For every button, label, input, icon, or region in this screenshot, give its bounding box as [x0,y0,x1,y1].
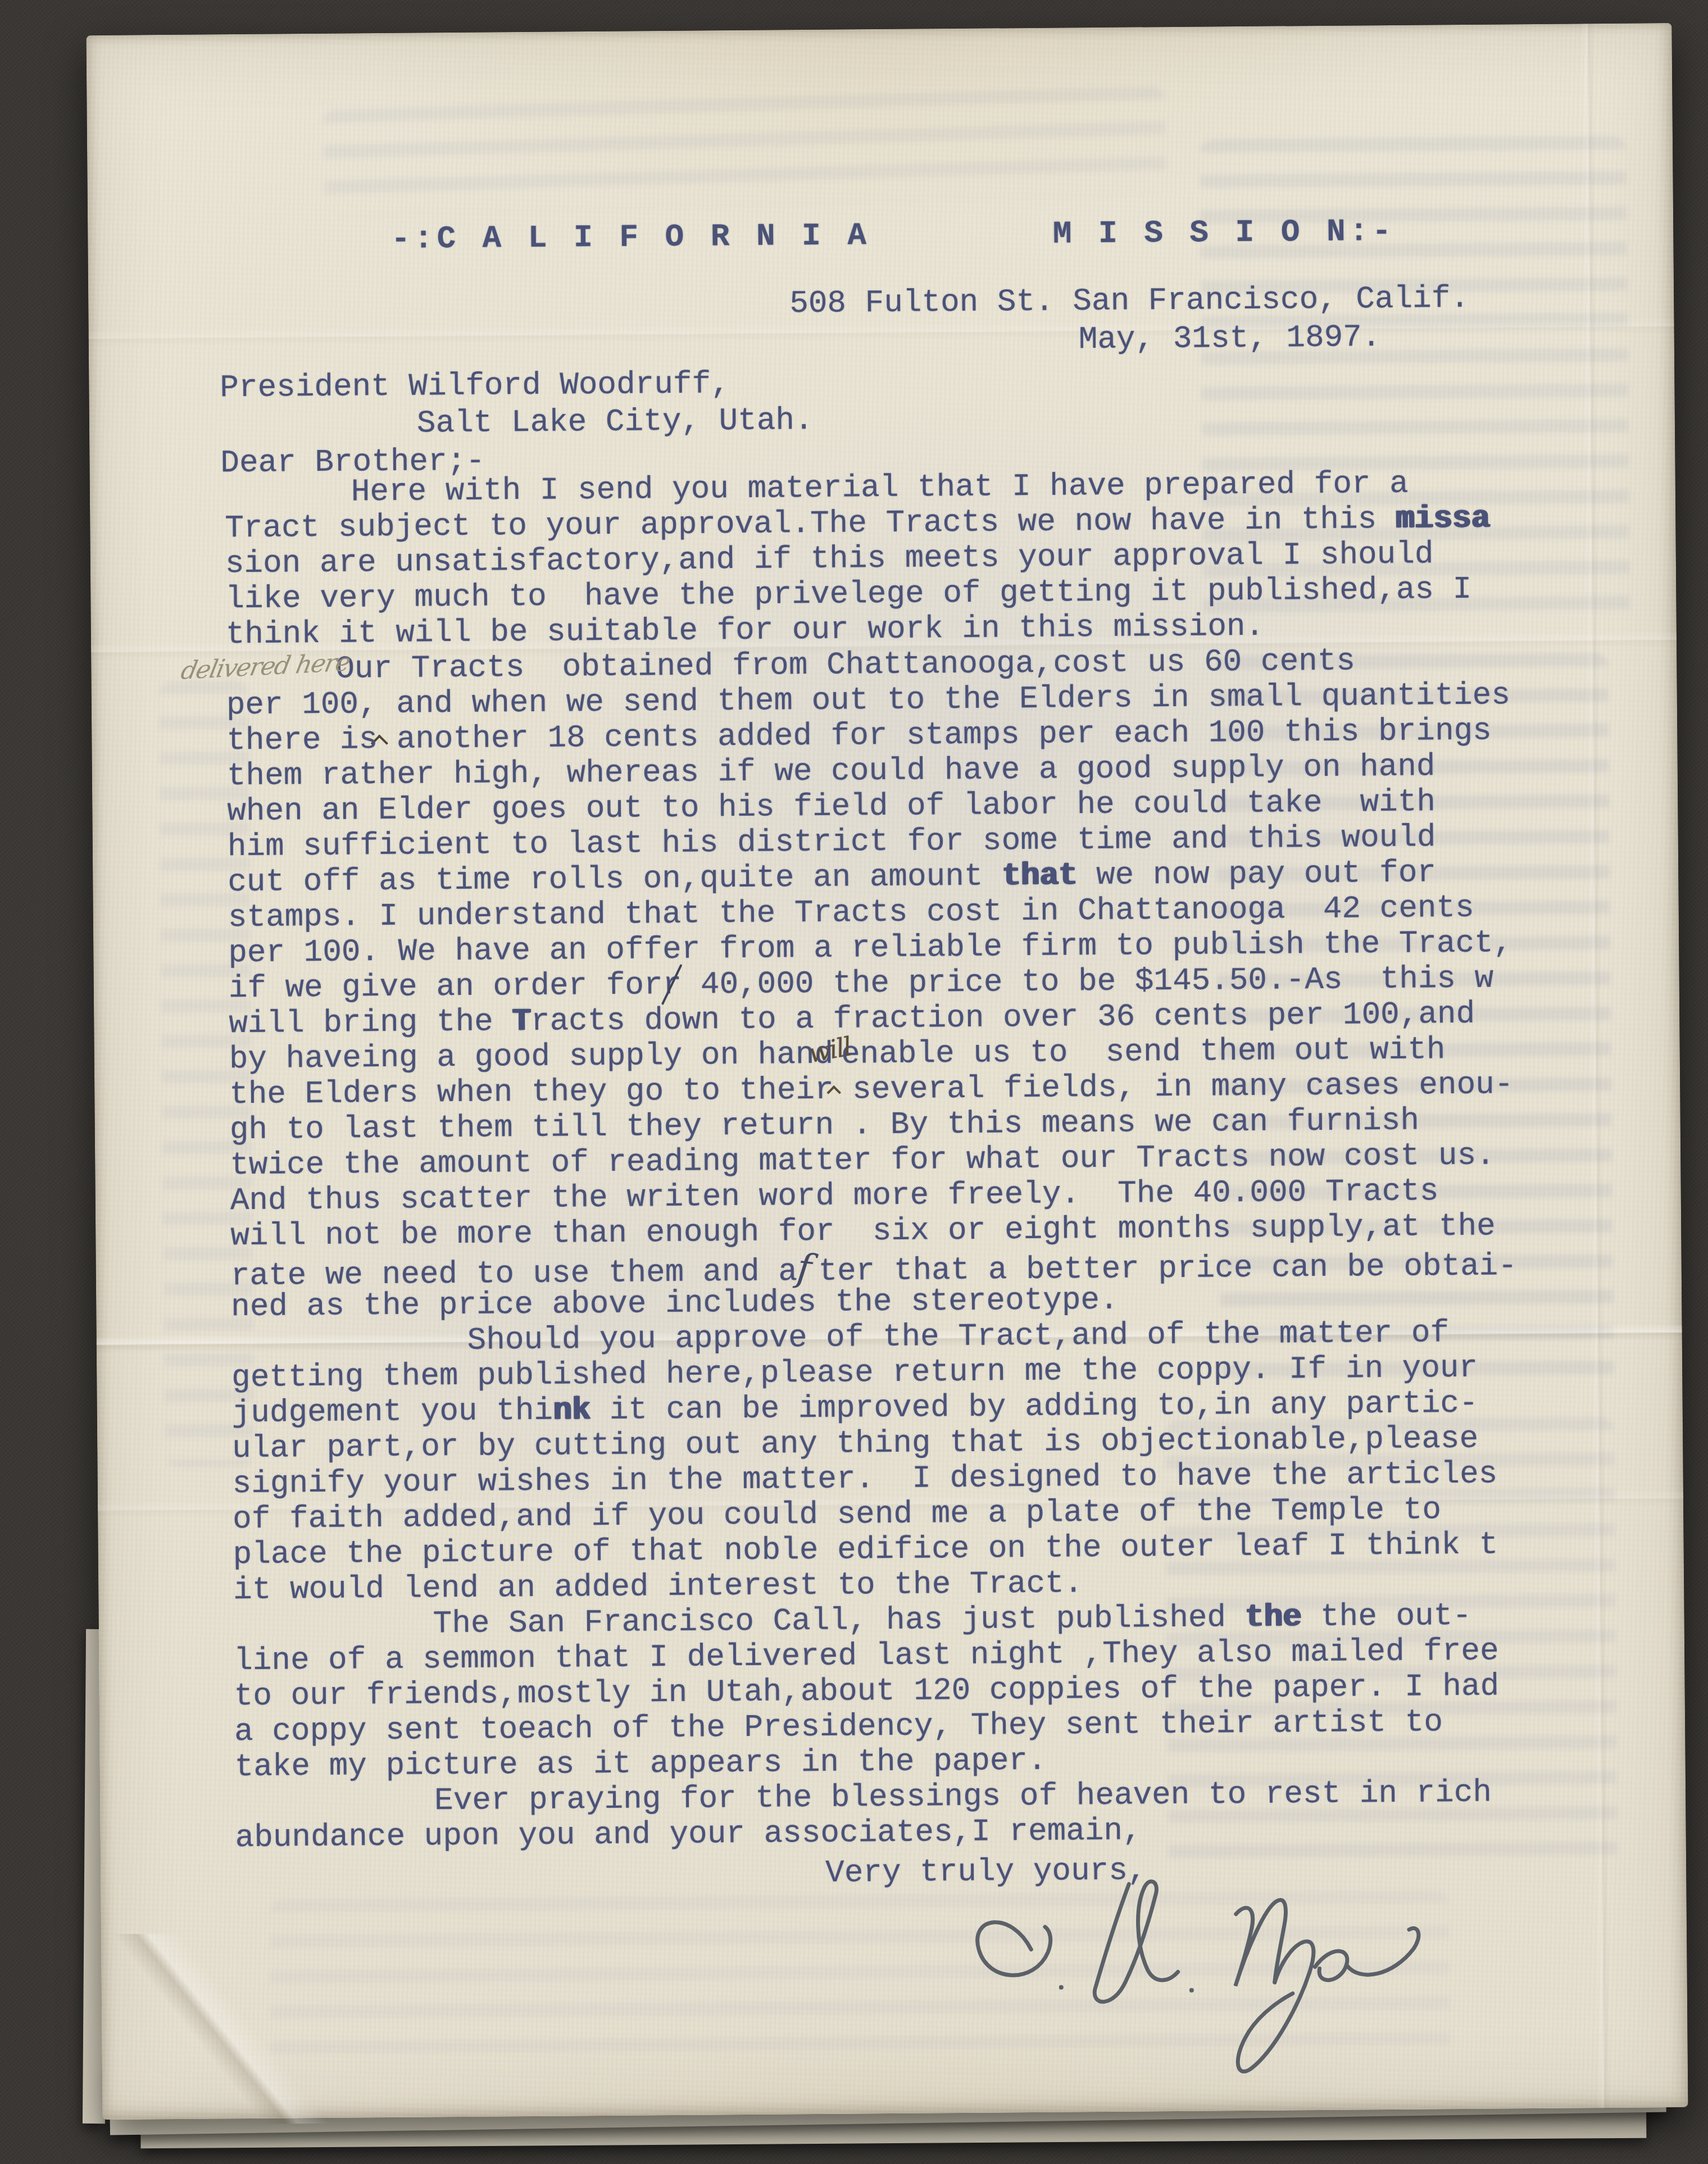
overstruck-text: that [1002,857,1078,894]
typed-text: cut off as time rolls on,quite an amount [228,858,1002,900]
typed-text: enable us to send them out with [841,1031,1446,1072]
letterhead-address: 508 Fulton St. San Francisco, Calif. [789,280,1469,321]
overstruck-text: T [512,1003,531,1039]
hand-struck-char: r [662,967,682,1003]
letterhead-date: May, 31st, 1897. [1079,319,1381,357]
typed-text: judgement you thi [231,1393,553,1431]
signature [943,1839,1541,2090]
typed-text: per 100, [226,686,378,723]
handwritten-correction: f [795,1250,820,1288]
bleed-through-handwriting [322,85,1168,216]
overstruck-text: missa [1396,501,1491,537]
recipient-address: Salt Lake City, Utah. [417,402,814,442]
typed-text: we now pay out for [1077,854,1436,893]
typed-text: will bring the [229,1003,512,1042]
letter-body: Here with I send you material that I hav… [225,465,1568,1896]
signature-svg [943,1839,1541,2090]
scan-background: { "colors":{ "page_background":"#3a3734"… [0,0,1708,2164]
overstruck-text: nk [553,1392,591,1429]
letter-paper: -:C A L I F O R N I A M I S S I O N:- 50… [86,23,1688,2120]
typed-text: by haveing a good supply on hand [229,1036,834,1077]
overstruck-text: the [1244,1599,1301,1635]
recipient-name: President Wilford Woodruff, [220,366,730,406]
typed-text: the out- [1301,1598,1471,1635]
typed-text: if we give an order for [229,967,663,1006]
